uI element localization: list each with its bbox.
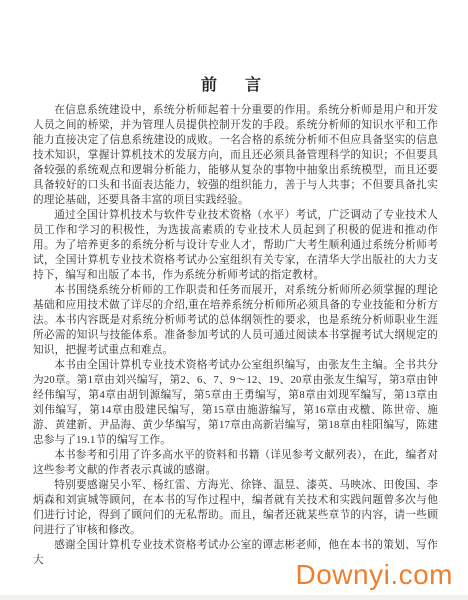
paragraph: 在信息系统建设中，系统分析师起着十分重要的作用。系统分析师是用户和开发人员之间的… [33, 103, 438, 208]
paragraph: 本书参考和引用了许多高水平的资料和书籍（详见参考文献列表），在此，编者对这些参考… [33, 448, 438, 478]
scanned-preface-page: 前 言 在信息系统建设中，系统分析师起着十分重要的作用。系统分析师是用户和开发人… [0, 0, 468, 600]
paragraph: 本书由全国计算机专业技术资格考试办公室组织编写，由张友生主编。全书共分为20章。… [33, 358, 438, 448]
paragraph: 通过全国计算机技术与软件专业技术资格（水平）考试，广泛调动了专业技术人员工作和学… [33, 208, 438, 283]
page-title: 前 言 [0, 72, 468, 95]
preface-body: 在信息系统建设中，系统分析师起着十分重要的作用。系统分析师是用户和开发人员之间的… [33, 103, 438, 568]
page-bottom-edge [0, 595, 468, 600]
paragraph: 本书围绕系统分析师的工作职责和任务而展开，对系统分析师所必须掌握的理论基础和应用… [33, 283, 438, 358]
downyi-watermark: Downyi.com [296, 559, 453, 591]
paragraph: 特别要感谢吴小军、杨红雷、方海光、徐锋、温昱、漆英、马映冰、田俊国、李炳森和刘寅… [33, 478, 438, 538]
